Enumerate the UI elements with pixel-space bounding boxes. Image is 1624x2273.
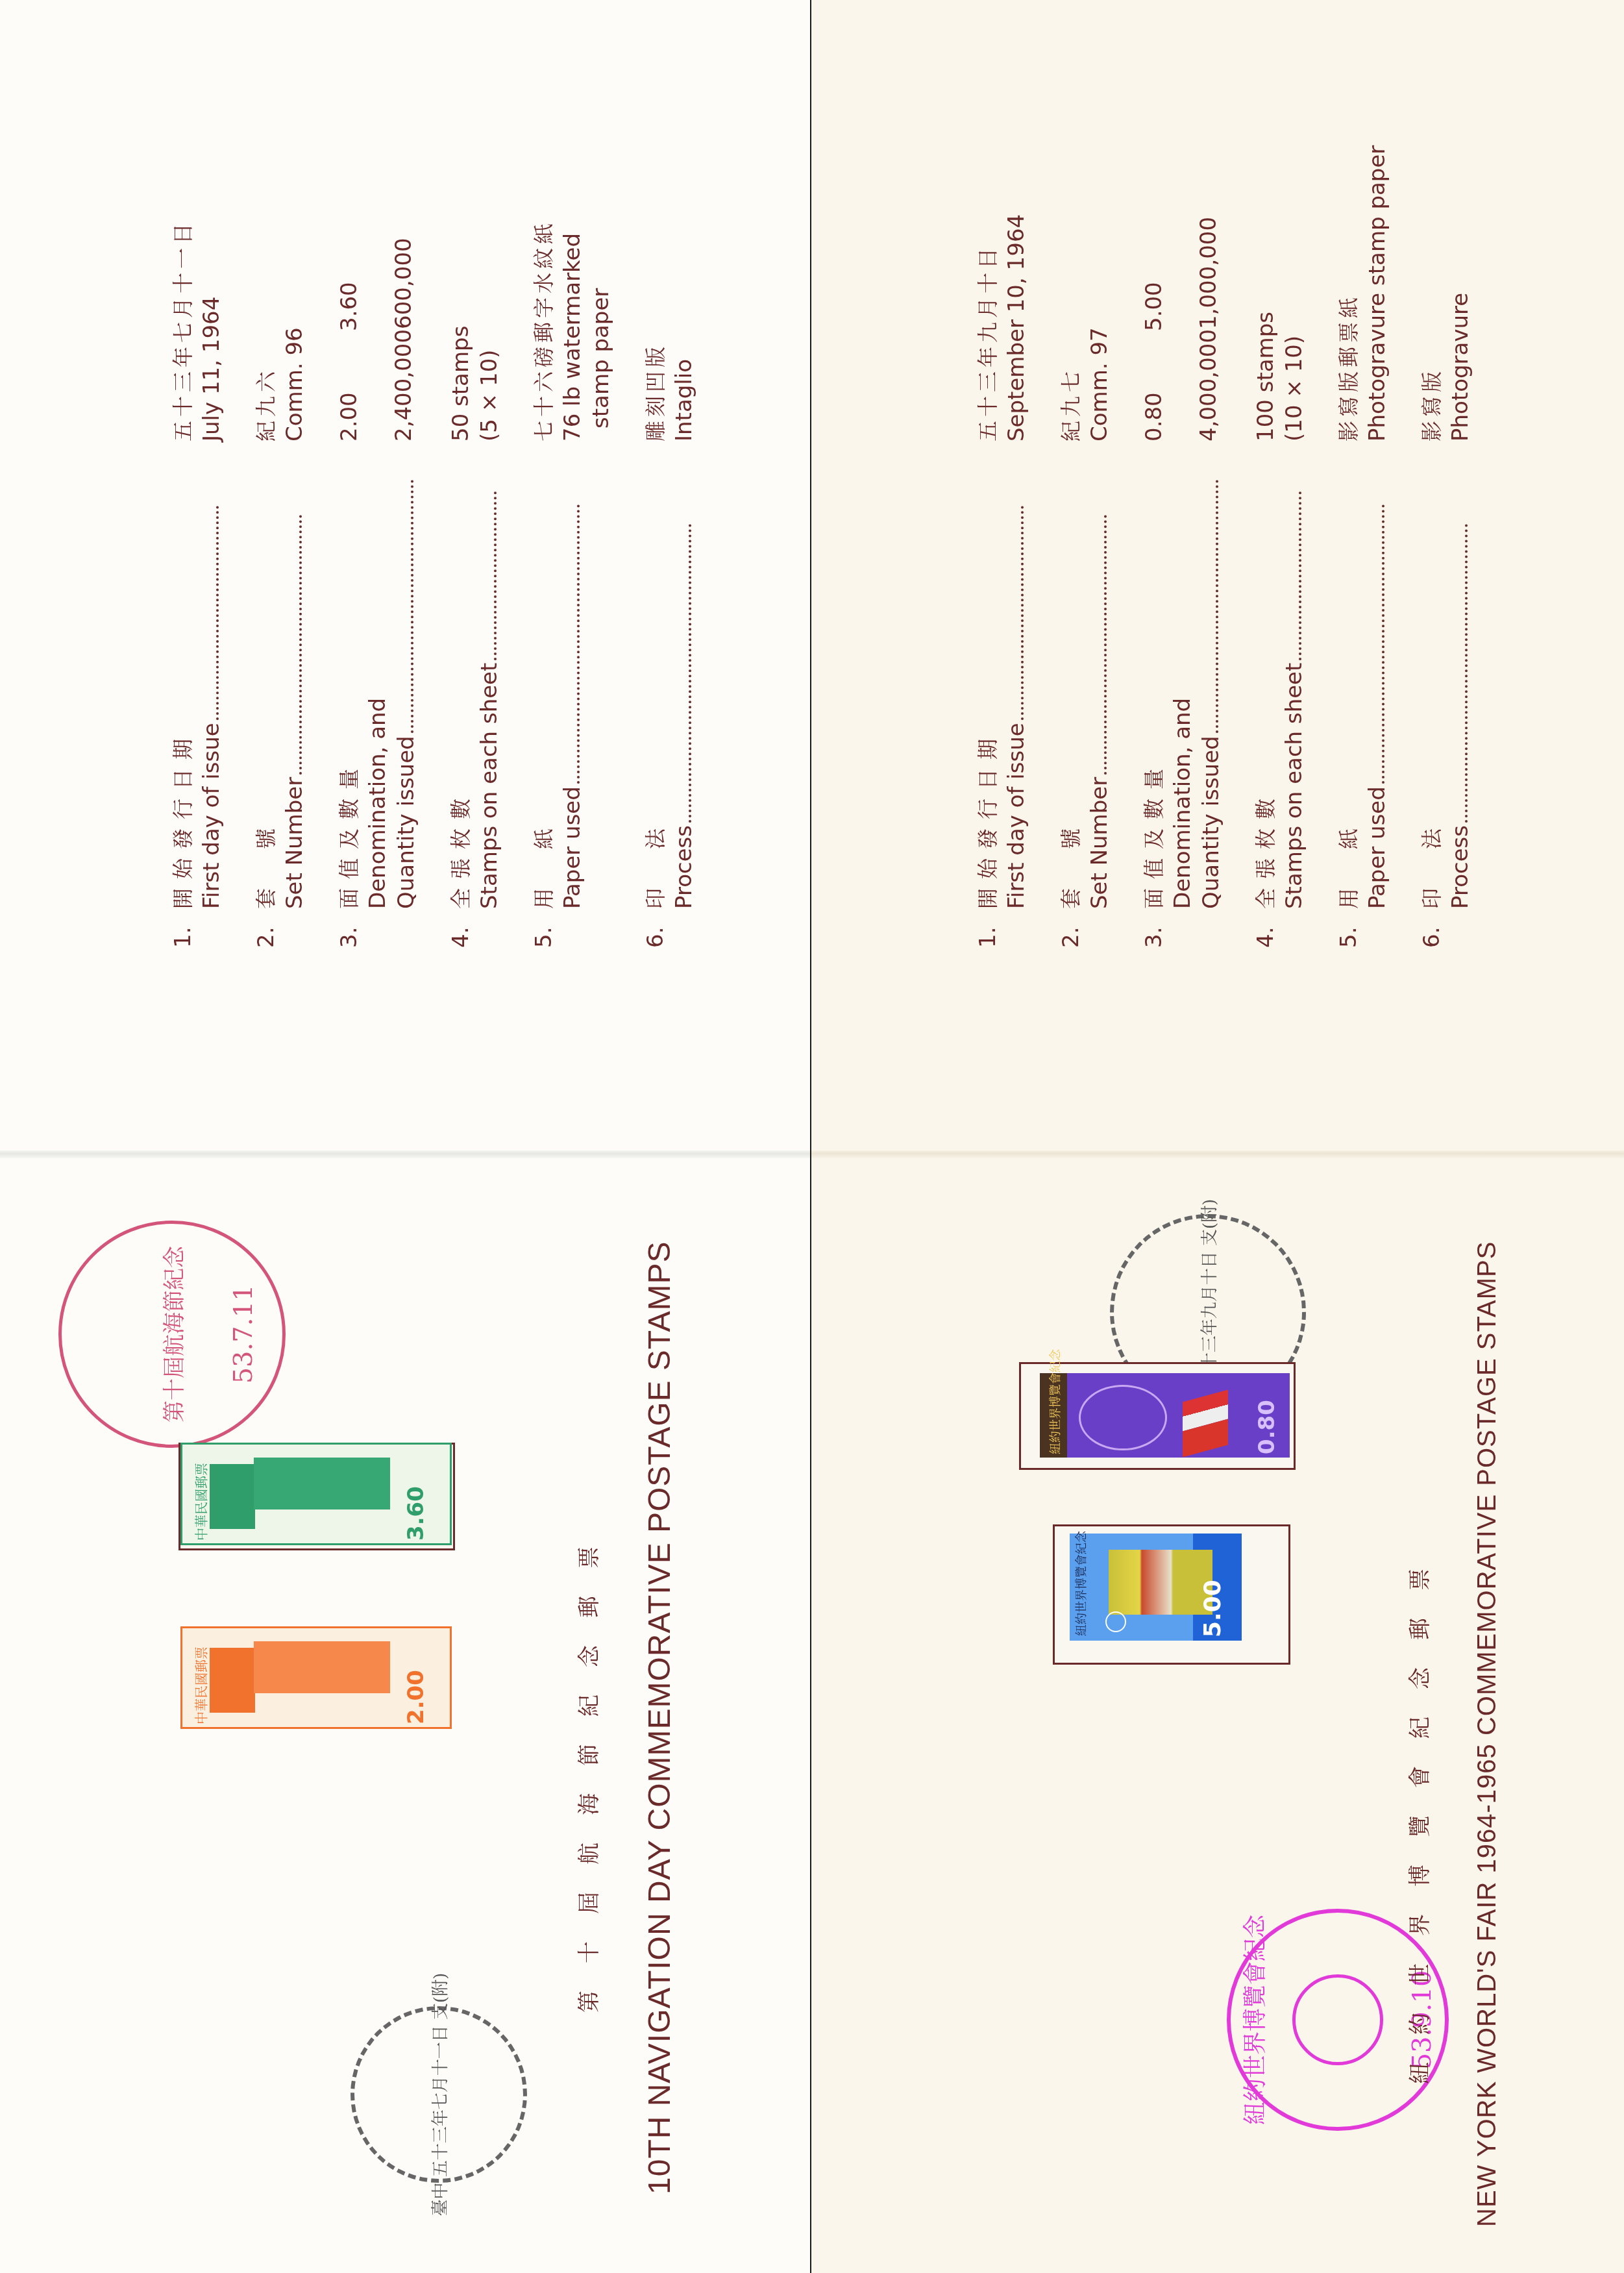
spec-number: 4. xyxy=(447,909,475,948)
spec-value-en: stamp paper xyxy=(587,78,615,441)
leader-dots xyxy=(216,506,219,720)
spec-value-en: September 10, 1964 xyxy=(1002,78,1031,441)
pavilion-icon xyxy=(1109,1550,1212,1615)
spec-label-en: Paper used xyxy=(1364,786,1390,909)
spec-label-zh: 開始發行日期 xyxy=(974,441,1002,909)
spec-row-first-day: 1. 開始發行日期First day of issue 五十三年七月十一日Jul… xyxy=(169,78,226,948)
denomination-value: 2.00 xyxy=(335,331,363,441)
spec-label-en: Stamps on each sheet xyxy=(476,663,502,909)
spec-row-process: 6. 印 法Process 雕刻凹版Intaglio xyxy=(641,78,698,948)
leader-dots xyxy=(1021,506,1024,720)
spec-label-zh: 全張枚數 xyxy=(1251,441,1280,909)
denomination-value: 3.60 xyxy=(335,221,363,331)
stamp-artwork-block xyxy=(254,1458,390,1509)
quantity-value: 2,400,000 xyxy=(389,329,418,441)
leader-dots xyxy=(1465,524,1468,823)
spec-label-zh: 印 法 xyxy=(641,441,670,909)
spec-row-paper: 5. 用 紙Paper used 七十六磅郵字水紋紙76 lb watermar… xyxy=(530,78,615,948)
spec-label-zh: 全張枚數 xyxy=(447,441,475,909)
spec-row-set-number: 2. 套 號Set Number 紀九六Comm. 96 xyxy=(252,78,309,948)
fold-line xyxy=(811,1150,1624,1158)
stamp-artwork-block xyxy=(210,1648,255,1713)
spec-value-en: Comm. 96 xyxy=(280,78,309,441)
spec-number: 3. xyxy=(335,909,363,948)
spec-number: 1. xyxy=(974,909,1002,948)
quantity-value: 1,000,000 xyxy=(1194,217,1223,329)
spec-value-en: Comm. 97 xyxy=(1085,78,1114,441)
spec-label-en: First day of issue xyxy=(1003,723,1029,909)
stamp-2-00-navigation: 2.00 中華民國郵票 xyxy=(180,1626,452,1729)
spec-label-zh: 面值及數量 xyxy=(335,441,363,909)
spec-value-en: 76 lb watermarked xyxy=(558,78,587,441)
unisphere-icon xyxy=(1079,1385,1167,1450)
spec-number: 1. xyxy=(169,909,197,948)
folder-worlds-fair: 1. 開始發行日期First day of issue 五十三年九月十日Sept… xyxy=(811,0,1624,2273)
spec-label-en: Stamps on each sheet xyxy=(1281,663,1307,909)
commemorative-postmark: 第十屆航海節紀念 53.7.11 xyxy=(58,1221,286,1448)
stamp-5-00-worlds-fair: 5.00 紐約世界博覽會紀念 xyxy=(1070,1534,1242,1641)
spec-value-zh: 紀九六 xyxy=(252,78,280,441)
spec-sheet: 1. 開始發行日期First day of issue 五十三年九月十日Sept… xyxy=(974,78,1501,948)
postmark-text: 第十屆航海節紀念 xyxy=(156,1246,188,1422)
spec-label-en: Denomination, and xyxy=(363,441,392,909)
spec-label-zh: 開始發行日期 xyxy=(169,441,197,909)
spec-value-en: (10 × 10) xyxy=(1280,78,1309,441)
folder-title: 第十屆航海節紀念郵票 10TH NAVIGATION DAY COMMEMORA… xyxy=(571,1241,678,2194)
folder-navigation-day: 1. 開始發行日期First day of issue 五十三年七月十一日Jul… xyxy=(0,0,810,2273)
quantity-value: 4,000,000 xyxy=(1194,329,1223,441)
spec-value-zh: 五十三年九月十日 xyxy=(974,78,1002,441)
spec-number: 3. xyxy=(1140,909,1168,948)
postmark-date: 53.7.11 xyxy=(228,1285,258,1384)
spec-row-process: 6. 印 法Process 影寫版Photogravure xyxy=(1418,78,1475,948)
leader-dots xyxy=(689,524,691,823)
spec-value-en: 50 stamps xyxy=(447,78,475,441)
folder-title: 紐約世界博覽會紀念郵票 NEW YORK WORLD'S FAIR 1964-1… xyxy=(1402,1241,1502,2227)
spec-label-zh: 面值及數量 xyxy=(1140,441,1168,909)
postmark-text: 臺中 五十三年七月十一日 支(附) xyxy=(427,1973,451,2217)
stamp-artwork-block xyxy=(254,1641,390,1693)
title-english: 10TH NAVIGATION DAY COMMEMORATIVE POSTAG… xyxy=(642,1241,678,2194)
spec-label-zh: 用 紙 xyxy=(1335,441,1363,909)
stamp-denomination: 5.00 xyxy=(1200,1580,1226,1637)
spec-number: 4. xyxy=(1251,909,1280,948)
title-chinese: 紐約世界博覽會紀念郵票 xyxy=(1402,1241,1434,2227)
leader-dots xyxy=(1382,504,1384,784)
leader-dots xyxy=(494,491,497,660)
spec-label-en: Set Number xyxy=(1087,777,1113,909)
spec-row-denomination: 3. 面值及數量Denomination, andQuantity issued… xyxy=(1140,78,1225,948)
spec-value-zh: 七十六磅郵字水紋紙 xyxy=(530,78,558,441)
spec-number: 6. xyxy=(1418,909,1446,948)
spec-row-sheet: 4. 全張枚數Stamps on each sheet 100 stamps(1… xyxy=(1251,78,1309,948)
quantity-value: 600,000 xyxy=(389,219,418,329)
unisphere-icon xyxy=(1105,1611,1126,1632)
spec-label-zh: 套 號 xyxy=(1057,441,1085,909)
leader-dots xyxy=(1216,480,1218,733)
spec-row-first-day: 1. 開始發行日期First day of issue 五十三年九月十日Sept… xyxy=(974,78,1031,948)
spec-value-en: Intaglio xyxy=(670,78,698,441)
spec-row-sheet: 4. 全張枚數Stamps on each sheet 50 stamps(5 … xyxy=(447,78,504,948)
postmark-text: 紐約世界博覽會紀念 xyxy=(1237,1915,1270,2125)
leader-dots xyxy=(1104,515,1107,775)
spec-label-zh: 用 紙 xyxy=(530,441,558,909)
leader-dots xyxy=(299,515,302,775)
unisphere-icon xyxy=(1292,1974,1383,2065)
stamp-denomination: 3.60 xyxy=(403,1486,429,1541)
title-english: NEW YORK WORLD'S FAIR 1964-1965 COMMEMOR… xyxy=(1473,1241,1502,2227)
spec-value-zh: 影寫版郵票紙 xyxy=(1335,78,1363,441)
spec-number: 2. xyxy=(252,909,280,948)
spec-value-en: Photogravure xyxy=(1446,78,1475,441)
spec-label-zh: 印 法 xyxy=(1418,441,1446,909)
stamp-denomination: 2.00 xyxy=(403,1670,429,1724)
spec-number: 5. xyxy=(530,909,558,948)
denomination-value: 5.00 xyxy=(1140,221,1168,331)
spec-label-en: Set Number xyxy=(282,777,308,909)
spec-value-en: July 11, 1964 xyxy=(197,78,226,441)
stamp-denomination: 0.80 xyxy=(1254,1400,1280,1454)
spec-label-en: First day of issue xyxy=(199,723,225,909)
denomination-value: 0.80 xyxy=(1140,331,1168,441)
leader-dots xyxy=(577,504,580,784)
spec-label-en: Paper used xyxy=(560,786,585,909)
leader-dots xyxy=(411,480,413,733)
spec-label-en: Process xyxy=(1447,825,1473,909)
leader-dots xyxy=(1299,491,1301,660)
spec-value-zh: 雕刻凹版 xyxy=(641,78,670,441)
stamp-0-80-worlds-fair: 0.80 紐約世界博覽會紀念 xyxy=(1040,1373,1290,1458)
spec-label-en: Denomination, and xyxy=(1168,441,1197,909)
spec-label-en: Quantity issued xyxy=(1198,736,1224,909)
spec-row-denomination: 3. 面值及數量Denomination, andQuantity issued… xyxy=(335,78,421,948)
spec-value-zh: 紀九七 xyxy=(1057,78,1085,441)
spec-value-zh: 影寫版 xyxy=(1418,78,1446,441)
stamp-3-60-navigation: 3.60 中華民國郵票 xyxy=(180,1443,452,1545)
title-chinese: 第十屆航海節紀念郵票 xyxy=(571,1241,603,2194)
fold-line xyxy=(0,1150,810,1158)
spec-label-en: Quantity issued xyxy=(393,736,419,909)
stamp-caption: 紐約世界博覽會紀念 xyxy=(1046,1349,1063,1454)
spec-value-en: Photogravure stamp paper xyxy=(1363,78,1392,441)
spec-number: 2. xyxy=(1057,909,1085,948)
stamp-caption: 紐約世界博覽會紀念 xyxy=(1072,1531,1089,1636)
cancellation-postmark: 臺中 五十三年七月十一日 支(附) xyxy=(351,2006,527,2183)
spec-sheet: 1. 開始發行日期First day of issue 五十三年七月十一日Jul… xyxy=(169,78,724,948)
stamp-country: 中華民國郵票 xyxy=(191,1646,210,1724)
spec-number: 5. xyxy=(1335,909,1363,948)
stamp-artwork-block xyxy=(210,1464,255,1529)
spec-value-en: 100 stamps xyxy=(1251,78,1280,441)
spec-row-paper: 5. 用 紙Paper used 影寫版郵票紙Photogravure stam… xyxy=(1335,78,1392,948)
spec-value-en: (5 × 10) xyxy=(475,78,504,441)
spec-row-set-number: 2. 套 號Set Number 紀九七Comm. 97 xyxy=(1057,78,1114,948)
spec-value-zh: 五十三年七月十一日 xyxy=(169,78,197,441)
spec-number: 6. xyxy=(641,909,670,948)
spec-label-en: Process xyxy=(671,825,697,909)
stamp-country: 中華民國郵票 xyxy=(191,1463,210,1541)
spec-label-zh: 套 號 xyxy=(252,441,280,909)
